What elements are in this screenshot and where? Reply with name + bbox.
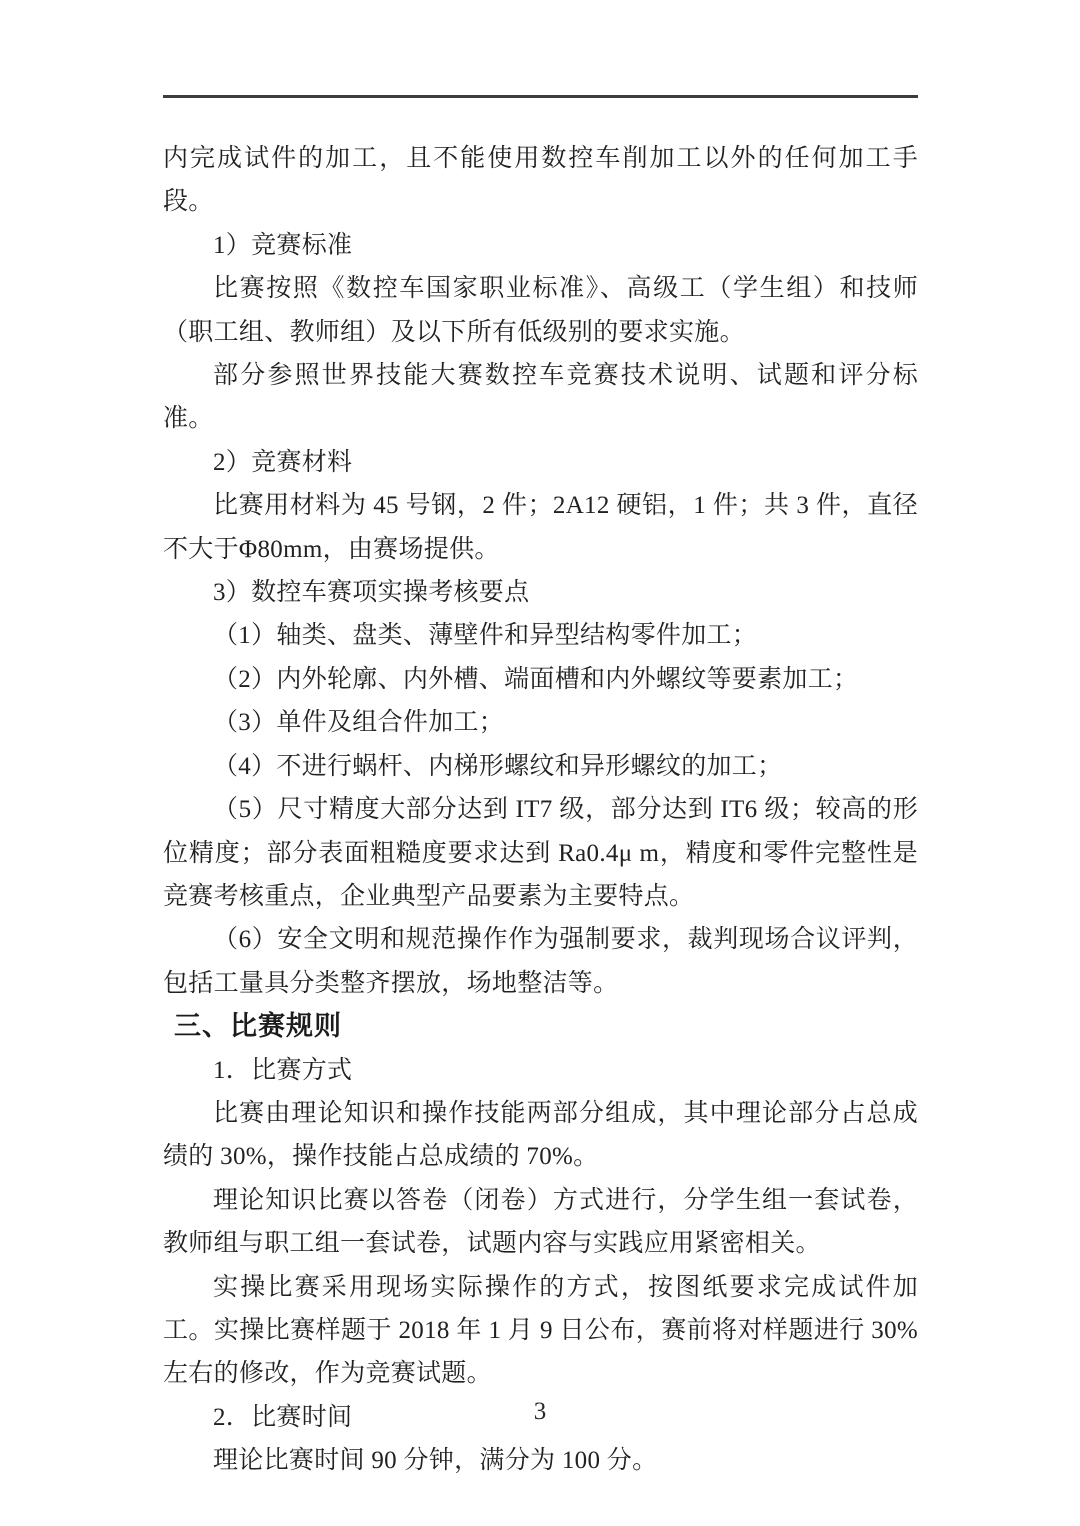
list-item: （3）单件及组合件加工； bbox=[163, 701, 918, 744]
paragraph: 理论知识比赛以答卷（闭卷）方式进行，分学生组一套试卷，教师组与职工组一套试卷，试… bbox=[163, 1179, 918, 1266]
section-heading: 三、比赛规则 bbox=[163, 1005, 918, 1048]
list-item: （5）尺寸精度大部分达到 IT7 级，部分达到 IT6 级；较高的形位精度；部分… bbox=[163, 788, 918, 918]
list-item: （6）安全文明和规范操作作为强制要求，裁判现场合议评判，包括工量具分类整齐摆放，… bbox=[163, 918, 918, 1005]
paragraph: 实操比赛采用现场实际操作的方式，按图纸要求完成试件加工。实操比赛样题于 2018… bbox=[163, 1266, 918, 1396]
paragraph: 比赛用材料为 45 号钢，2 件；2A12 硬铝，1 件；共 3 件，直径不大于… bbox=[163, 484, 918, 571]
document-body: 内完成试件的加工，且不能使用数控车削加工以外的任何加工手段。 1）竞赛标准 比赛… bbox=[163, 137, 918, 1483]
paragraph: 2）竞赛材料 bbox=[163, 441, 918, 484]
list-item: （1）轴类、盘类、薄壁件和异型结构零件加工； bbox=[163, 614, 918, 657]
paragraph: 1）竞赛标准 bbox=[163, 224, 918, 267]
paragraph: 3）数控车赛项实操考核要点 bbox=[163, 571, 918, 614]
paragraph: 比赛按照《数控车国家职业标准》、高级工（学生组）和技师（职工组、教师组）及以下所… bbox=[163, 267, 918, 354]
paragraph: 1．比赛方式 bbox=[163, 1049, 918, 1092]
document-page: 内完成试件的加工，且不能使用数控车削加工以外的任何加工手段。 1）竞赛标准 比赛… bbox=[0, 0, 1080, 1526]
list-item: （2）内外轮廓、内外槽、端面槽和内外螺纹等要素加工； bbox=[163, 658, 918, 701]
list-item: （4）不进行蜗杆、内梯形螺纹和异形螺纹的加工； bbox=[163, 745, 918, 788]
page-number: 3 bbox=[0, 1398, 1080, 1426]
paragraph: 部分参照世界技能大赛数控车竞赛技术说明、试题和评分标准。 bbox=[163, 354, 918, 441]
paragraph: 内完成试件的加工，且不能使用数控车削加工以外的任何加工手段。 bbox=[163, 137, 918, 224]
paragraph: 理论比赛时间 90 分钟，满分为 100 分。 bbox=[163, 1439, 918, 1482]
paragraph: 比赛由理论知识和操作技能两部分组成，其中理论部分占总成绩的 30%，操作技能占总… bbox=[163, 1092, 918, 1179]
header-rule bbox=[163, 95, 918, 98]
